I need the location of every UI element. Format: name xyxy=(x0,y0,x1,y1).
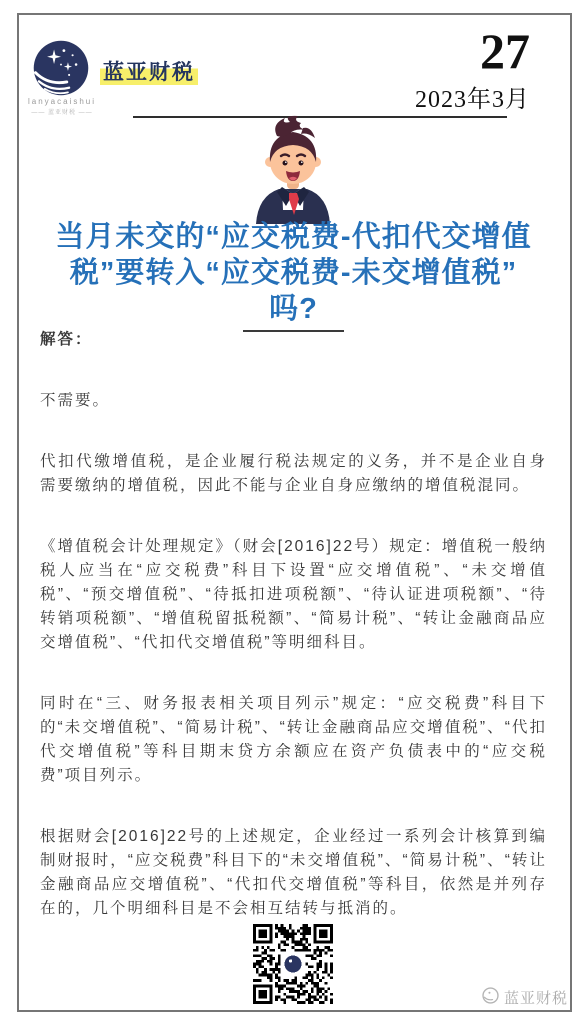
logo-roman-subtext: —— 蓝亚财税 —— xyxy=(10,107,114,116)
issue-number: 27 xyxy=(415,26,530,76)
watermark-logo-icon xyxy=(482,987,499,1008)
moon-stars-logo-icon xyxy=(32,39,90,97)
businessman-avatar-icon xyxy=(243,114,343,224)
article-title: 当月未交的“应交税费-代扣代交增值 税”要转入“应交税费-未交增值税” 吗? xyxy=(30,219,557,332)
issue-date: 2023年3月 xyxy=(415,79,530,114)
answer-label: 解答： xyxy=(40,328,547,352)
article-body: 解答： 不需要。代扣代缴增值税，是企业履行税法规定的义务，并不是企业自身需要缴纳… xyxy=(40,328,547,921)
body-paragraph-1: 不需要。 xyxy=(40,389,547,413)
brand-name: 蓝亚财税 xyxy=(100,55,198,87)
article-page: lanyacaishui —— 蓝亚财税 —— 蓝亚财税 27 2023年3月 xyxy=(0,0,587,1024)
body-paragraph-4: 同时在“三、财务报表相关项目列示”规定：“应交税费”科目下的“未交增值税”、“简… xyxy=(40,692,547,788)
paragraphs-container: 不需要。代扣代缴增值税，是企业履行税法规定的义务，并不是企业自身需要缴纳的增值税… xyxy=(40,389,547,921)
issue-block: 27 2023年3月 xyxy=(415,26,530,114)
logo-roman-text: lanyacaishui xyxy=(10,97,114,106)
body-paragraph-5: 根据财会[2016]22号的上述规定，企业经过一系列会计核算到编制财报时，“应交… xyxy=(40,825,547,921)
title-line-1: 当月未交的“应交税费-代扣代交增值 xyxy=(30,219,557,255)
watermark-text: 蓝亚财税 xyxy=(504,987,568,1008)
body-paragraph-2: 代扣代缴增值税，是企业履行税法规定的义务，并不是企业自身需要缴纳的增值税，因此不… xyxy=(40,450,547,498)
body-paragraph-3: 《增值税会计处理规定》（财会[2016]22号）规定：增值税一般纳税人应当在“应… xyxy=(40,535,547,655)
title-line-3: 吗? xyxy=(30,291,557,332)
title-line-2: 税”要转入“应交税费-未交增值税” xyxy=(30,255,557,291)
qr-code xyxy=(253,924,333,1004)
footer-watermark: 蓝亚财税 xyxy=(482,987,568,1008)
